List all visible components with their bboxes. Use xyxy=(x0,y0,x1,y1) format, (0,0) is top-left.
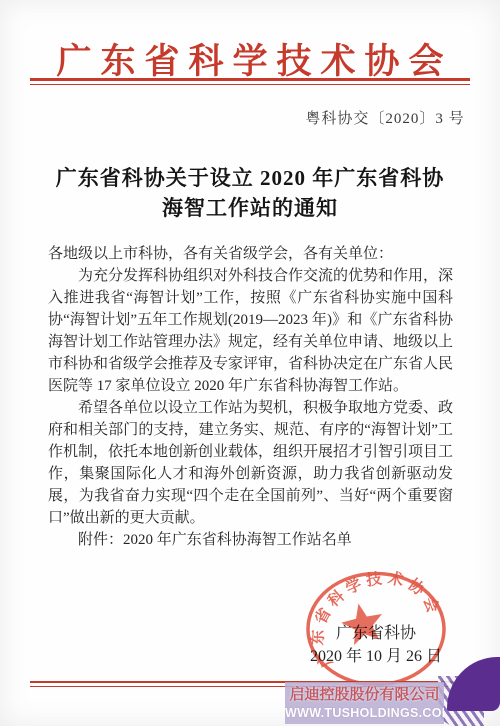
document-title-line2: 海智工作站的通知 xyxy=(0,193,500,223)
watermark-company-name: 启迪控股股份有限公司 xyxy=(285,685,444,705)
document-body: 各地级以上市科协，各有关省级学会，各有关单位： 为充分发挥科协组织对外科技合作交… xyxy=(48,243,453,551)
official-seal: 广东省科学技术协会 xyxy=(303,570,449,688)
document-title-line1: 广东省科协关于设立 2020 年广东省科协 xyxy=(0,163,500,193)
letterhead-org-title: 广东省科学技术协会 xyxy=(0,34,500,84)
document-title: 广东省科协关于设立 2020 年广东省科协 海智工作站的通知 xyxy=(0,163,500,223)
watermark-box: 启迪控股股份有限公司 WWW.TUSHOLDINGS.COM xyxy=(285,682,444,724)
seal-star-icon xyxy=(338,599,387,647)
document-page: 广东省科学技术协会 粤科协交〔2020〕3 号 广东省科协关于设立 2020 年… xyxy=(0,0,500,726)
watermark-url: WWW.TUSHOLDINGS.COM xyxy=(285,705,444,721)
body-paragraph: 为充分发挥科协组织对外科技合作交流的优势和作用，深入推进我省“海智计划”工作，按… xyxy=(48,265,453,397)
document-number: 粤科协交〔2020〕3 号 xyxy=(260,107,500,128)
letterhead-divider xyxy=(30,78,470,85)
salutation-line: 各地级以上市科协，各有关省级学会，各有关单位： xyxy=(48,243,453,265)
attachment-line: 附件：2020 年广东省科协海智工作站名单 xyxy=(48,529,453,551)
body-paragraph: 希望各单位以设立工作站为契机，积极争取地方党委、政府和相关部门的支持，建立务实、… xyxy=(48,397,453,529)
